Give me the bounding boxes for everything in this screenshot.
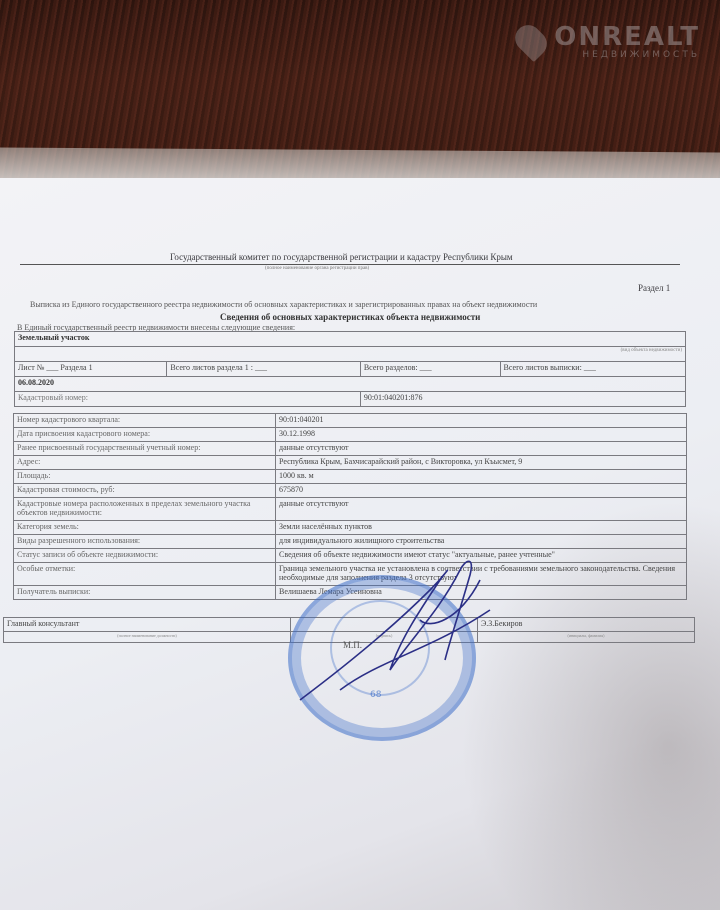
details-row: Площадь:1000 кв. м [14, 470, 687, 484]
sheet-number: Лист № ___ Раздела 1 [15, 362, 167, 377]
detail-value: Земли населённых пунктов [276, 521, 687, 535]
details-row: Дата присвоения кадастрового номера:30.1… [14, 428, 687, 442]
agency-underline [20, 264, 680, 265]
details-row: Ранее присвоенный государственный учетны… [14, 442, 687, 456]
watermark-brand: ONREALT [554, 22, 700, 52]
detail-value: 675870 [276, 484, 687, 498]
cadastral-number-label: Кадастровый номер: [15, 392, 361, 407]
cadastral-number-value: 90:01:040201:876 [360, 392, 685, 407]
object-type-caption: (вид объекта недвижимости) [15, 347, 686, 362]
section-label: Раздел 1 [638, 283, 670, 293]
detail-value: 1000 кв. м [276, 470, 687, 484]
detail-value: данные отсутствуют [276, 442, 687, 456]
position-caption: (полное наименование должности) [4, 632, 291, 643]
agency-caption: (полное наименование органа регистрации … [265, 266, 369, 271]
detail-key: Получатель выписки: [14, 586, 276, 600]
details-row: Адрес:Республика Крым, Бахчисарайский ра… [14, 456, 687, 470]
detail-key: Номер кадастрового квартала: [14, 414, 276, 428]
object-type: Земельный участок [15, 332, 686, 347]
extract-title: Выписка из Единого государственного реес… [30, 300, 537, 309]
detail-value: для индивидуального жилищного строительс… [276, 535, 687, 549]
details-row: Категория земель:Земли населённых пункто… [14, 521, 687, 535]
detail-value: 90:01:040201 [276, 414, 687, 428]
detail-value: 30.12.1998 [276, 428, 687, 442]
detail-key: Ранее присвоенный государственный учетны… [14, 442, 276, 456]
detail-key: Площадь: [14, 470, 276, 484]
object-table: Земельный участок (вид объекта недвижимо… [14, 331, 686, 407]
detail-key: Виды разрешенного использования: [14, 535, 276, 549]
sheets-in-section: Всего листов раздела 1 : ___ [167, 362, 360, 377]
detail-key: Кадастровая стоимость, руб: [14, 484, 276, 498]
total-sheets: Всего листов выписки: ___ [500, 362, 685, 377]
total-sections: Всего разделов: ___ [360, 362, 500, 377]
detail-key: Адрес: [14, 456, 276, 470]
details-row: Номер кадастрового квартала:90:01:040201 [14, 414, 687, 428]
agency-name: Государственный комитет по государственн… [170, 252, 513, 262]
detail-key: Категория земель: [14, 521, 276, 535]
details-row: Виды разрешенного использования:для инди… [14, 535, 687, 549]
detail-key: Кадастровые номера расположенных в преде… [14, 498, 276, 521]
signer-position: Главный консультант [4, 618, 291, 632]
extract-date: 06.08.2020 [15, 377, 686, 392]
handwritten-signature [280, 550, 520, 730]
details-row: Кадастровая стоимость, руб:675870 [14, 484, 687, 498]
document-heading: Сведения об основных характеристиках объ… [220, 312, 480, 322]
detail-key: Дата присвоения кадастрового номера: [14, 428, 276, 442]
detail-value: данные отсутствуют [276, 498, 687, 521]
details-row: Кадастровые номера расположенных в преде… [14, 498, 687, 521]
watermark: ONREALT НЕДВИЖИМОСТЬ [554, 22, 700, 60]
detail-key: Статус записи об объекте недвижимости: [14, 549, 276, 563]
detail-key: Особые отметки: [14, 563, 276, 586]
detail-value: Республика Крым, Бахчисарайский район, с… [276, 456, 687, 470]
